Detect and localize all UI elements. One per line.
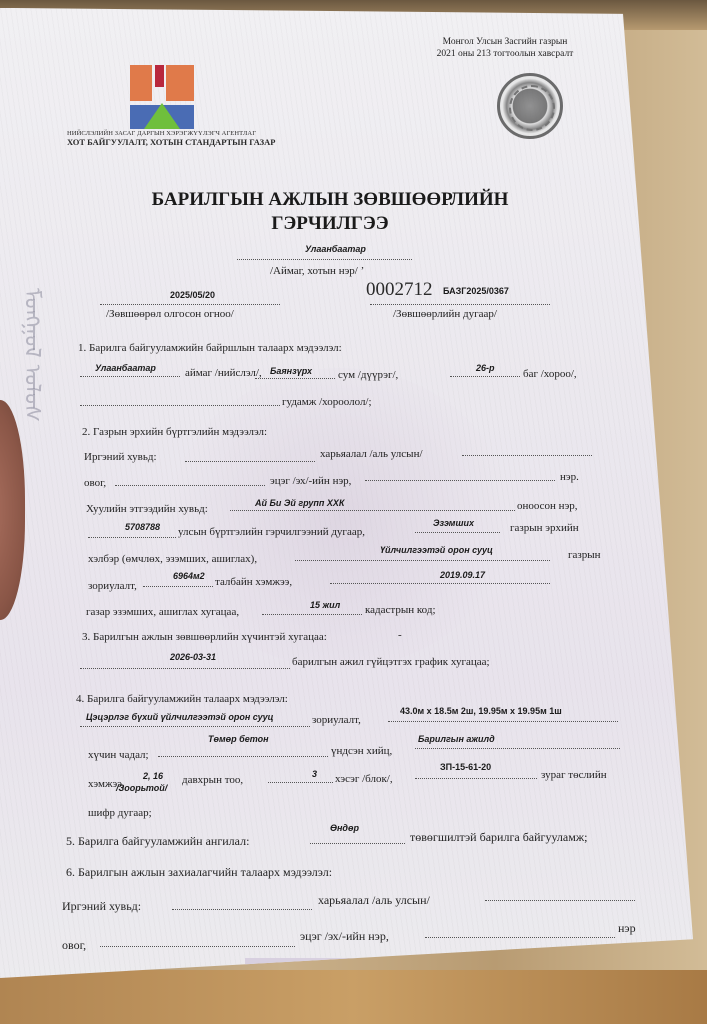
section-1-heading: 1. Барилга байгууламжийн байршлын талаар… (78, 342, 342, 354)
drawing-number-value: ЗП-15-61-20 (440, 762, 491, 772)
mongolian-script-margin: ᠮᠣᠩᠭᠣᠯ ᠤᠯᠤᠰ (22, 288, 50, 648)
agency-name: НИЙСЛЭЛИЙН ЗАСАГ ДАРГЫН ХЭРЭГЖҮҮЛЭГЧ АГЕ… (67, 130, 297, 147)
blocks-value: 3 (312, 769, 317, 779)
client-name-label: нэр (618, 921, 636, 936)
client-citizenship-label: харьяалал /аль улсын/ (318, 893, 430, 908)
land-period-value: 15 жил (310, 600, 340, 610)
father-name-label: эцэг /эх/-ийн нэр, (270, 475, 351, 487)
table-surface-bottom (0, 970, 707, 1024)
serial-number: 0002712 (366, 279, 433, 301)
government-resolution-note: Монгол Улсын Засгийн газрын 2021 оны 213… (420, 36, 590, 60)
citizen-label: Иргэний хувьд: (84, 451, 157, 463)
bag-label: баг /хороо/, (523, 368, 577, 380)
legal-entity-label: Хуулийн этгээдийн хувьд: (86, 503, 208, 515)
floors-sub-value: /Зоорьтой/ (116, 783, 167, 793)
citizenship-label: харьяалал /аль улсын/ (320, 448, 423, 460)
legal-entity-value: Ай Би Эй групп ХХК (255, 498, 344, 508)
client-surname-label: овог, (62, 938, 86, 953)
sum-label: сум /дүүрэг/, (338, 369, 398, 381)
permit-number-label: /Зөвшөөрлийн дугаар/ (393, 308, 497, 320)
cert-number-label: улсын бүртгэлийн гэрчилгээний дугаар, (178, 526, 365, 538)
agency-line-1: НИЙСЛЭЛИЙН ЗАСАГ ДАРГЫН ХЭРЭГЖҮҮЛЭГЧ АГЕ… (67, 130, 297, 137)
area-label: талбайн хэмжээ, (215, 576, 292, 588)
state-seal-icon (497, 73, 563, 139)
land-purpose-value: Үйлчилгээтэй орон сууц (380, 545, 493, 555)
title-line-1: БАРИЛГЫН АЖЛЫН ЗӨВШӨӨРЛИЙН (120, 188, 540, 212)
aimag-value: Улаанбаатар (95, 363, 156, 373)
scale-value: Барилгын ажилд (418, 734, 495, 744)
area-value: 6964м2 (173, 571, 205, 581)
structure-value: Төмөр бетон (208, 734, 269, 744)
document-title: БАРИЛГЫН АЖЛЫН ЗӨВШӨӨРЛИЙН ГЭРЧИЛГЭЭ (120, 188, 540, 236)
resolution-line-1: Монгол Улсын Засгийн газрын (420, 36, 590, 48)
building-purpose-value: Цэцэрлэг бүхий үйлчилгээтэй орон сууц (86, 712, 273, 722)
section-2-heading: 2. Газрын эрхийн бүртгэлийн мэдээлэл: (82, 426, 267, 438)
floors-label: давхрын тоо, (182, 774, 243, 786)
deadline-label: барилгын ажил гүйцэтгэх график хугацаа; (292, 656, 490, 668)
land-date-value: 2019.09.17 (440, 570, 485, 580)
cipher-label: шифр дугаар; (88, 807, 152, 819)
section-3-mark: - (398, 629, 402, 641)
name-label: нэр. (560, 471, 579, 483)
class-label: төвөгшилтэй барилга байгууламж; (410, 830, 587, 845)
blocks-label: хэсэг /блок/, (335, 773, 393, 785)
issue-date-value: 2025/05/20 (170, 290, 215, 300)
floors-value: 2, 16 (143, 771, 163, 781)
resolution-line-2: 2021 оны 213 тогтоолын хавсралт (420, 48, 590, 60)
section-3-heading: 3. Барилгын ажлын зөвшөөрлийн хүчинтэй х… (82, 631, 327, 643)
city-value: Улаанбаатар (305, 244, 366, 254)
title-line-2: ГЭРЧИЛГЭЭ (120, 212, 540, 236)
bag-value: 26-р (476, 363, 495, 373)
purpose-label: зориулалт, (88, 580, 137, 592)
building-purpose-label: зориулалт, (312, 714, 361, 726)
right-type-value: Эзэмших (433, 518, 474, 528)
drawing-label: зураг төслийн (541, 769, 607, 781)
section-6-heading: 6. Барилгын ажлын захиалагчийн талаарх м… (66, 865, 332, 880)
land-label: газрын (568, 549, 601, 561)
agency-line-2: ХОТ БАЙГУУЛАЛТ, ХОТЫН СТАНДАРТЫН ГАЗАР (67, 137, 297, 147)
land-right-label: газрын эрхийн (510, 522, 579, 534)
class-value: Өндөр (330, 823, 359, 833)
permit-number-value: БАЗГ2025/0367 (443, 286, 509, 296)
sum-value: Баянзүрх (270, 366, 312, 376)
surname-label: овог, (84, 477, 106, 489)
issue-date-label: /Зөвшөөрөл олгосон огноо/ (106, 308, 234, 320)
deadline-value: 2026-03-31 (170, 652, 216, 662)
ownership-form-label: хэлбэр (өмчлөх, эзэмших, ашиглах), (88, 553, 257, 565)
client-citizen-label: Иргэний хувьд: (62, 899, 141, 914)
section-5-heading: 5. Барилга байгууламжийн ангилал: (66, 834, 249, 849)
certificate-paper: ᠮᠣᠩᠭᠣᠯ ᠤᠯᠤᠰ НИЙСЛЭЛИЙН ЗАСАГ ДАРГЫН ХЭРЭ… (0, 8, 700, 978)
city-label: /Аймаг, хотын нэр/ ʼ (270, 265, 364, 277)
given-name-label: оноосон нэр, (517, 500, 578, 512)
structure-label: үндсэн хийц, (331, 745, 392, 757)
capacity-label: хүчин чадал; (88, 749, 149, 761)
dimensions-value: 43.0м x 18.5м 2ш, 19.95м x 19.95м 1ш (400, 706, 562, 716)
street-label: гудамж /хороолол/; (282, 396, 372, 408)
land-period-label: газар эзэмших, ашиглах хугацаа, (86, 606, 239, 618)
cert-number-value: 5708788 (125, 522, 160, 532)
section-4-heading: 4. Барилга байгууламжийн талаарх мэдээлэ… (76, 693, 288, 705)
aimag-label: аймаг /нийслэл/, (185, 367, 262, 379)
agency-logo-icon (130, 65, 194, 129)
client-father-name-label: эцэг /эх/-ийн нэр, (300, 929, 389, 944)
cadastral-label: кадастрын код; (365, 604, 436, 616)
